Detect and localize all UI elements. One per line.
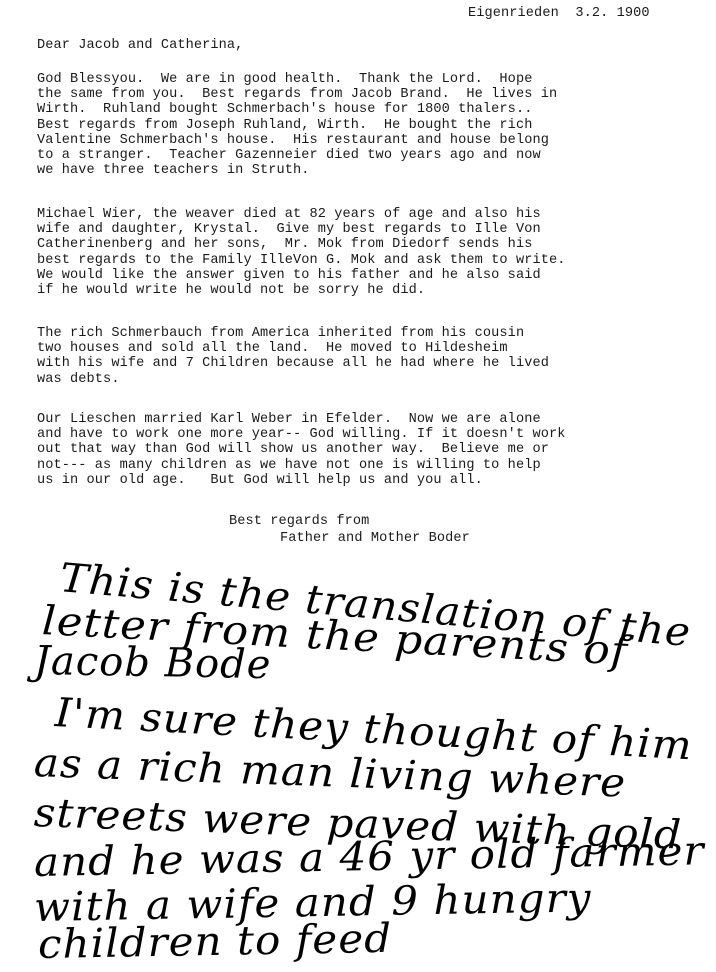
handwritten-line: Jacob Bode [34,638,272,688]
handwritten-line: children to feed [38,916,393,968]
closing: Best regards from [229,514,369,529]
paragraph-4: Our Lieschen married Karl Weber in Efeld… [37,412,565,488]
paragraph-3: The rich Schmerbauch from America inheri… [37,326,549,387]
place-date: Eigenrieden 3.2. 1900 [468,6,650,21]
salutation: Dear Jacob and Catherina, [37,38,243,53]
paragraph-1: God Blessyou. We are in good health. Tha… [37,72,557,178]
paragraph-2: Michael Wier, the weaver died at 82 year… [37,207,565,298]
signature: Father and Mother Boder [280,531,470,546]
